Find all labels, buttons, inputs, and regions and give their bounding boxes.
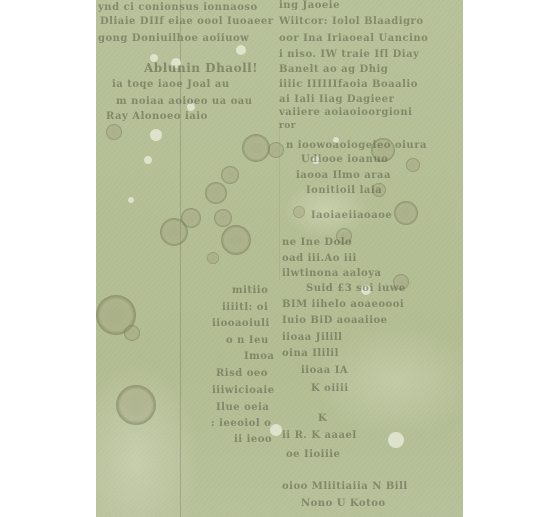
stain-spot [293, 206, 305, 218]
light-speck [150, 129, 162, 141]
light-speck [128, 197, 134, 203]
faded-print-line: iiiitl: oi [222, 302, 268, 313]
faded-print-line: K [318, 413, 327, 424]
faded-print-line: Ray Alonoeo iaio [106, 111, 208, 122]
faded-print-line: oor Ina Iriaoeal Uancino [279, 33, 428, 44]
faded-print-line: vaiiere aoiaoioorgioni [279, 107, 412, 118]
faded-print-line: Banelt ao ag Dhig [279, 64, 388, 75]
stain-spot [268, 142, 284, 158]
faded-print-line: o n Ieu [226, 335, 269, 346]
stain-spot [221, 166, 239, 184]
stain-spot [214, 209, 232, 227]
faded-print-line: Ilue oeia [216, 402, 269, 413]
faded-print-line: K oiiii [311, 383, 349, 394]
light-speck [236, 45, 246, 55]
faded-print-line: iioaa IA [301, 365, 348, 376]
light-speck [388, 432, 404, 448]
faded-print-line: ror [279, 121, 296, 131]
faded-print-line: n ioowoaoiogeieo oiura [286, 140, 427, 151]
faded-print-line: mitiio [232, 285, 268, 296]
faded-print-line: ing Jaoeie [279, 0, 340, 11]
faded-print-line: Ablunin Dhaoll! [144, 61, 258, 75]
faded-print-line: i niso. IW traie Ifl Diay [279, 49, 419, 60]
stain-spot [242, 134, 270, 162]
stain-spot [205, 182, 227, 204]
crease-line [180, 0, 181, 517]
faded-print-line: ne Ine Dolo [282, 237, 352, 248]
faded-print-line: Dliaie DIIf eiae oool Iuoaeer [100, 16, 274, 27]
stain-spot [406, 158, 420, 172]
faded-print-line: iaooa Ilmo araa [296, 170, 391, 181]
faded-print-line: iioaa Jilill [282, 332, 342, 343]
stain-spot [207, 252, 219, 264]
faded-print-line: oe Iioiiie [286, 449, 340, 460]
light-speck [144, 156, 152, 164]
faded-print-line: Nono U Kotoo [301, 498, 386, 509]
faded-print-line: ilwtinona aaloya [282, 268, 382, 279]
stain-spot [116, 385, 156, 425]
faded-print-line: iiiwicioaie [212, 385, 275, 396]
vintage-paper-texture: ynd ci conionsus ionnaosoDliaie DIIf eia… [96, 0, 463, 517]
faded-print-line: BIM iihelo aoaeoooi [282, 299, 404, 310]
stain-spot [160, 218, 188, 246]
faded-print-line: ia toqe iaoe Joal au [112, 79, 230, 90]
faded-print-line: Imoa [244, 351, 274, 362]
faded-print-line: ynd ci conionsus ionnaoso [98, 2, 258, 13]
faded-print-line: oina Ililil [282, 348, 339, 359]
faded-print-line: oad iii.Ao iii [282, 253, 357, 264]
faded-print-line: iiiic IIIIIIfaoia Boaalio [279, 79, 418, 90]
faded-print-line: Iuio BiD aoaaiioe [282, 315, 388, 326]
faded-print-line: oioo Mliitiaiia N Bill [282, 481, 408, 492]
faded-print-line: Wiitcor: Iolol Blaadigro [279, 16, 424, 27]
stain-spot [221, 225, 251, 255]
faded-print-line: m noiaa aoioeo ua oau [116, 96, 253, 107]
faded-print-line: : ieeoiol o [211, 418, 271, 429]
faded-print-line: ii R. K aaael [282, 430, 357, 441]
faded-print-line: Udiooe ioanuo [301, 154, 388, 165]
faded-print-line: Iaoiaeiiaoaoe [311, 210, 392, 221]
stain-spot [106, 124, 122, 140]
stain-spot [124, 325, 140, 341]
faded-print-line: Risd oeo [216, 368, 268, 379]
stain-spot [394, 201, 418, 225]
faded-print-line: ai Iali Iiag Dagieer [279, 94, 394, 105]
faded-print-line: gong Doniuilhoe aoiiuow [98, 33, 249, 44]
faded-print-line: ii ieoo [234, 434, 272, 445]
faded-print-line: Ionitioil laia [306, 185, 382, 196]
faded-print-line: Suid £3 soi iuwe [306, 283, 406, 294]
faded-print-line: iiooaoiuli [212, 318, 270, 329]
